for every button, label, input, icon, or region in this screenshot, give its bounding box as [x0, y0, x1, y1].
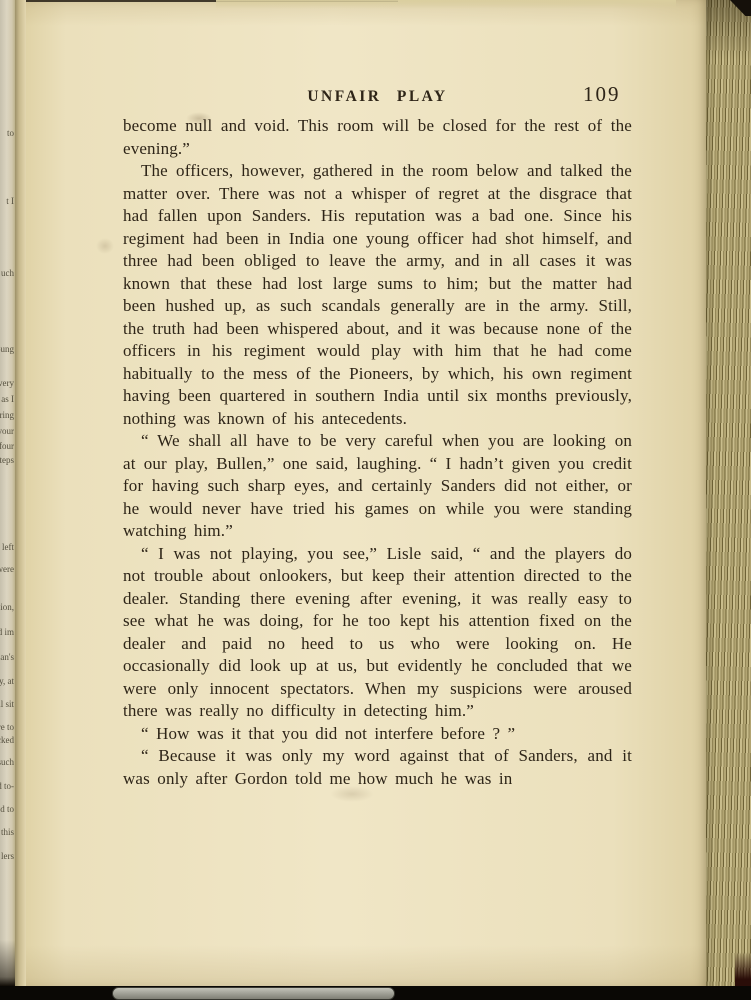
facing-page-text-fragment: were — [0, 564, 14, 574]
gutter-bottom-shadow — [0, 940, 15, 986]
running-header: UNFAIR PLAY — [123, 88, 632, 106]
facing-page-text-fragment: t I — [6, 196, 14, 206]
facing-page-text-fragment: such — [0, 757, 14, 767]
paragraph: The officers, however, gathered in the r… — [123, 160, 632, 430]
fore-edge-top-corner — [723, 0, 751, 16]
page-top-edge-band — [216, 0, 676, 9]
facing-page-edge: tot Iuchoungveryas Ioringyourfourstepsle… — [0, 0, 15, 986]
facing-page-text-fragment: uch — [1, 268, 14, 278]
facing-page-text-fragment: d im — [0, 627, 14, 637]
scanner-cradle-bar — [112, 987, 395, 1000]
facing-page-text-fragment: oring — [0, 410, 14, 420]
facing-page-text-fragment: this — [1, 827, 14, 837]
paragraph: “ Because it was only my word against th… — [123, 745, 632, 790]
book-scan: tot Iuchoungveryas Ioringyourfourstepsle… — [0, 0, 751, 1000]
facing-page-text-fragment: d to — [0, 804, 14, 814]
facing-page-text-fragment: man's — [0, 652, 14, 662]
paragraph: “ I was not playing, you see,” Lisle sai… — [123, 543, 632, 723]
paragraph: “ We shall all have to be very careful w… — [123, 430, 632, 543]
facing-page-text-fragment: ll sit — [0, 699, 14, 709]
facing-page-text-fragment: to — [7, 128, 14, 138]
facing-page-text-fragment: y, at — [0, 676, 14, 686]
fore-edge-bottom-corner — [735, 952, 751, 986]
facing-page-text-fragment: left — [2, 542, 14, 552]
page-number: 109 — [583, 82, 621, 107]
facing-page-text-fragment: lers — [1, 851, 14, 861]
paragraph: become null and void. This room will be … — [123, 115, 632, 160]
facing-page-text-fragment: four — [0, 441, 14, 451]
fore-edge-pages — [706, 0, 751, 986]
facing-page-text-fragment: steps — [0, 455, 14, 465]
paragraph: “ How was it that you did not interfere … — [123, 723, 632, 746]
facing-page-text-fragment: as I — [1, 394, 14, 404]
facing-page-text-fragment: very — [0, 378, 14, 388]
facing-page-text-fragment: d to- — [0, 781, 14, 791]
body-text: become null and void. This room will be … — [123, 115, 632, 790]
book-gutter — [15, 0, 26, 986]
facing-page-text-fragment: re to — [0, 722, 14, 732]
facing-page-text-fragment: your — [0, 426, 14, 436]
facing-page-text-fragment: oung — [0, 344, 14, 354]
facing-page-text-fragment: cked — [0, 735, 14, 745]
facing-page-text-fragment: ion, — [0, 602, 14, 612]
